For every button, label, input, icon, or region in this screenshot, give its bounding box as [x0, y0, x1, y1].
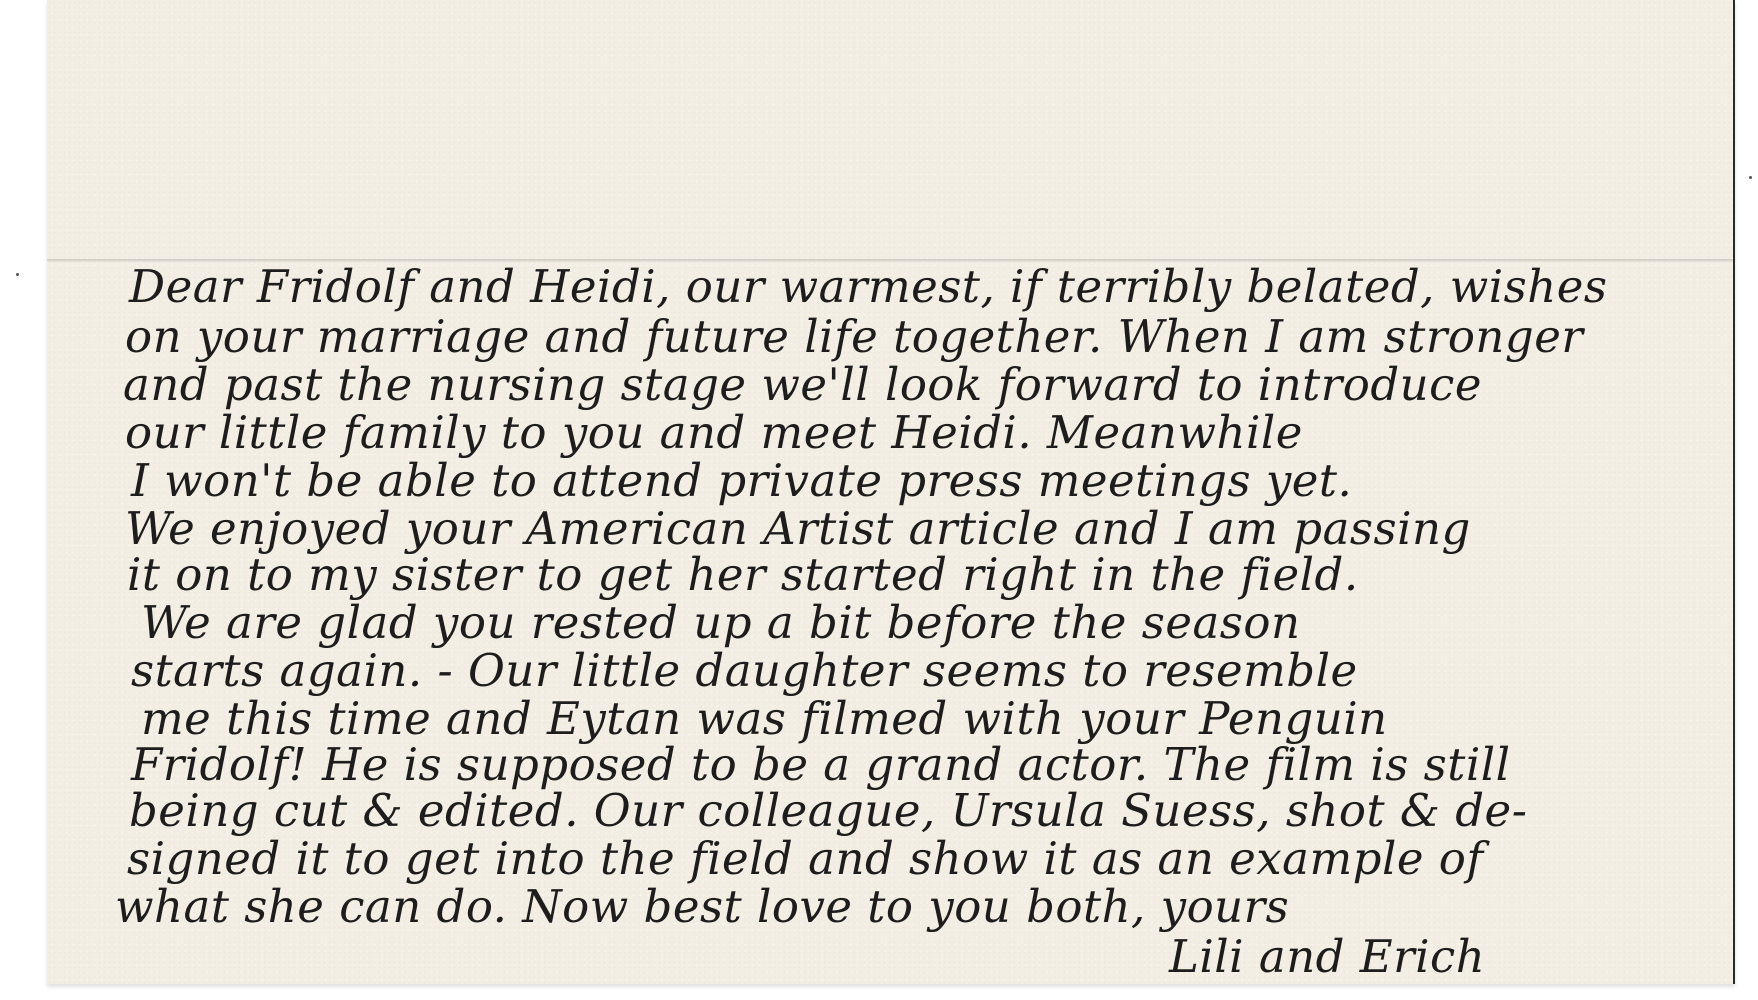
letter-line: starts again. - Our little daughter seem… [131, 648, 1358, 693]
scan-background: Dear Fridolf and Heidi, our warmest, if … [0, 0, 1758, 1000]
letter-line: our little family to you and meet Heidi.… [125, 410, 1303, 455]
card-upper-flap [47, 0, 1733, 259]
letter-line: being cut & edited. Our colleague, Ursul… [129, 788, 1527, 833]
letter-line: Dear Fridolf and Heidi, our warmest, if … [129, 264, 1607, 309]
letter-line: We are glad you rested up a bit before t… [141, 600, 1300, 645]
letter-line: We enjoyed your American Artist article … [125, 506, 1471, 551]
letter-line: signed it to get into the field and show… [127, 836, 1484, 881]
letter-line: on your marriage and future life togethe… [125, 314, 1583, 359]
letter-card: Dear Fridolf and Heidi, our warmest, if … [47, 0, 1735, 984]
letter-line: me this time and Eytan was filmed with y… [141, 696, 1388, 741]
scan-speck [16, 273, 19, 276]
signature: Lili and Erich [1169, 930, 1485, 983]
letter-line: I won't be able to attend private press … [131, 458, 1352, 503]
letter-line: it on to my sister to get her started ri… [127, 552, 1359, 597]
letter-line: Fridolf! He is supposed to be a grand ac… [131, 742, 1511, 787]
letter-line: what she can do. Now best love to you bo… [115, 884, 1289, 929]
scan-speck [1749, 176, 1752, 179]
letter-line: and past the nursing stage we'll look fo… [123, 362, 1482, 407]
